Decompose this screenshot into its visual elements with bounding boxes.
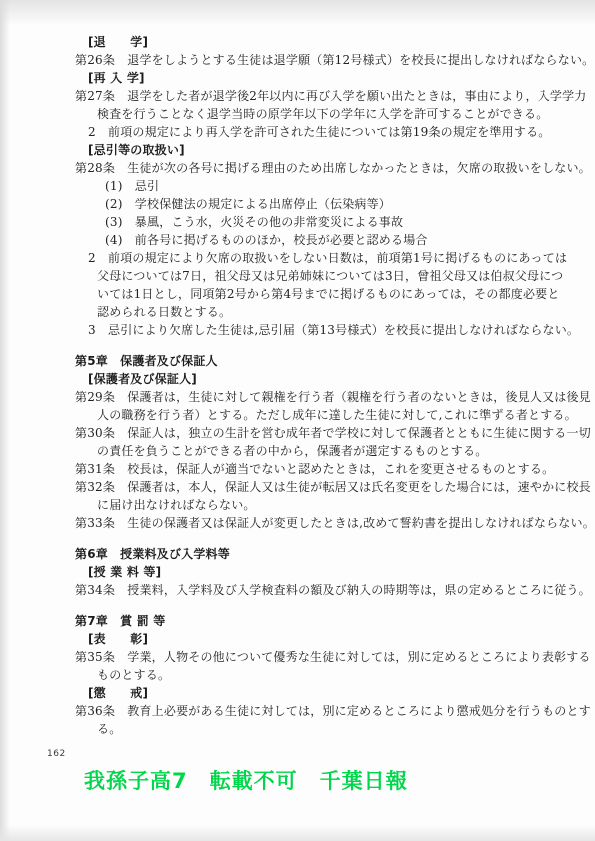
sub-item: 2 前項の規定により再入学を許可された生徒については第19条の規定を準用する。 bbox=[75, 123, 545, 141]
sub-item: 2 前項の規定により欠席の取扱いをしない日数は，前項第1号に掲げるものにあっては bbox=[75, 249, 545, 267]
article-text: 第28条 生徒が次の各号に掲げる理由のため出席しなかったときは，欠席の取扱いをし… bbox=[75, 159, 545, 177]
scan-edge-bottom bbox=[0, 825, 595, 841]
chapter-heading: 第5章 保護者及び保証人 bbox=[75, 352, 545, 370]
watermark-text: 我孫子高7 転載不可 千葉日報 bbox=[84, 765, 408, 795]
chapter-heading: 第6章 授業料及び入学料等 bbox=[75, 545, 545, 563]
list-item: (4) 前各号に掲げるもののほか，校長が必要と認める場合 bbox=[75, 231, 545, 249]
article-continuation: ものとする。 bbox=[75, 666, 545, 684]
list-item: (3) 暴風，こう水，火災その他の非常変災による事故 bbox=[75, 213, 545, 231]
chapter-heading: 第7章 賞 罰 等 bbox=[75, 612, 545, 630]
section-heading: [再 入 学] bbox=[75, 69, 545, 87]
list-item: (1) 忌引 bbox=[75, 177, 545, 195]
scanned-document-page: [退 学] 第26条 退学をしようとする生徒は退学願（第12号様式）を校長に提出… bbox=[0, 0, 595, 841]
article-continuation: 検査を行うことなく退学当時の原学年以下の学年に入学を許可することができる。 bbox=[75, 105, 545, 123]
section-heading: [保護者及び保証人] bbox=[75, 370, 545, 388]
article-text: 第34条 授業料，入学料及び入学検査料の額及び納入の時期等は，県の定めるところに… bbox=[75, 581, 545, 599]
article-continuation: 人の職務を行う者）とする。ただし成年に達した生徒に対して,これに準ずる者とする。 bbox=[75, 406, 545, 424]
article-text: 第29条 保護者は，生徒に対して親権を行う者（親権を行う者のないときは，後見人又… bbox=[75, 388, 545, 406]
section-heading: [退 学] bbox=[75, 33, 545, 51]
page-number: 162 bbox=[47, 749, 66, 759]
article-continuation: の責任を負うことができる者の中から，保護者が選定するものとする。 bbox=[75, 442, 545, 460]
section-heading: [忌引等の取扱い] bbox=[75, 141, 545, 159]
section-heading: [懲 戒] bbox=[75, 684, 545, 702]
scan-edge-left bbox=[0, 0, 10, 841]
article-continuation: いては1日とし，同項第2号から第4号までに掲げるものにあっては，その都度必要と bbox=[75, 285, 545, 303]
list-item: (2) 学校保健法の規定による出席停止（伝染病等） bbox=[75, 195, 545, 213]
article-continuation: 認められる日数とする。 bbox=[75, 303, 545, 321]
article-continuation: に届け出なければならない。 bbox=[75, 496, 545, 514]
scan-edge-top bbox=[0, 0, 595, 26]
article-text: 第27条 退学をした者が退学後2年以内に再び入学を願い出たときは，事由により，入… bbox=[75, 87, 545, 105]
section-heading: [表 彰] bbox=[75, 630, 545, 648]
article-continuation: る。 bbox=[75, 720, 545, 738]
article-continuation: 父母については7日，祖父母又は兄弟姉妹については3日，曾祖父母又は伯叔父母につ bbox=[75, 267, 545, 285]
article-text: 第33条 生徒の保護者又は保証人が変更したときは,改めて誓約書を提出しなければな… bbox=[75, 514, 545, 532]
article-text: 第31条 校長は，保証人が適当でないと認めたときは，これを変更させるものとする。 bbox=[75, 460, 545, 478]
article-text: 第26条 退学をしようとする生徒は退学願（第12号様式）を校長に提出しなければな… bbox=[75, 51, 545, 69]
sub-item: 3 忌引により欠席した生徒は,忌引届（第13号様式）を校長に提出しなければならな… bbox=[75, 321, 545, 339]
article-text: 第36条 教育上必要がある生徒に対しては，別に定めるところにより懲戒処分を行うも… bbox=[75, 702, 545, 720]
article-text: 第32条 保護者は，本人，保証人又は生徒が転居又は氏名変更をした場合には，速やか… bbox=[75, 478, 545, 496]
article-text: 第30条 保証人は，独立の生計を営む成年者で学校に対して保護者とともに生徒に関す… bbox=[75, 424, 545, 442]
section-heading: [授 業 料 等] bbox=[75, 563, 545, 581]
article-text: 第35条 学業，人物その他について優秀な生徒に対しては，別に定めるところにより表… bbox=[75, 648, 545, 666]
document-body: [退 学] 第26条 退学をしようとする生徒は退学願（第12号様式）を校長に提出… bbox=[75, 33, 545, 738]
